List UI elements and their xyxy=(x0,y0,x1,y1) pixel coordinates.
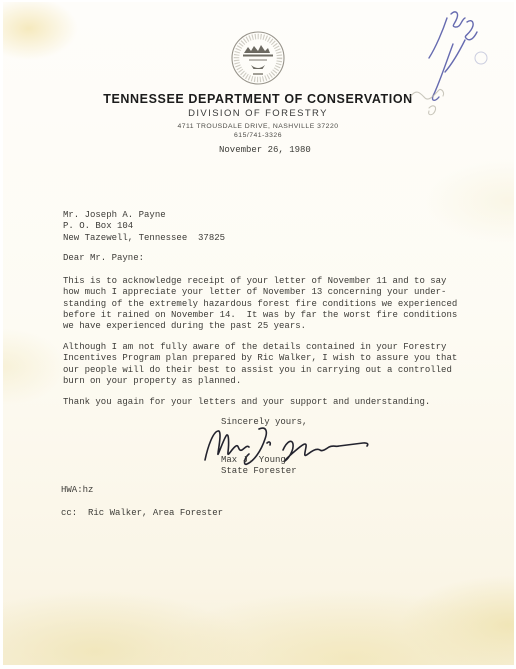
reference-initials: HWA:hz xyxy=(61,485,93,496)
pencil-scribble-icon xyxy=(411,89,444,114)
body-paragraph-2: Although I am not fully aware of the det… xyxy=(63,342,457,387)
scanned-letter-page: TENNESSEE DEPARTMENT OF CONSERVATION DIV… xyxy=(0,0,516,669)
signer-name: Max J. Young xyxy=(221,455,286,466)
body-paragraph-3: Thank you again for your letters and you… xyxy=(63,397,430,408)
blue-ink-notation-icon xyxy=(395,0,516,125)
salutation: Dear Mr. Payne: xyxy=(63,253,144,264)
letterhead-phone: 615/741-3326 xyxy=(0,132,516,139)
body-paragraph-1: This is to acknowledge receipt of your l… xyxy=(63,276,457,332)
signer-title: State Forester xyxy=(221,466,297,477)
recipient-address: Mr. Joseph A. Payne P. O. Box 104 New Ta… xyxy=(63,210,225,244)
cc-line: cc: Ric Walker, Area Forester xyxy=(61,508,223,519)
tennessee-state-seal-icon xyxy=(226,30,290,88)
date-line: November 26, 1980 xyxy=(219,145,311,156)
